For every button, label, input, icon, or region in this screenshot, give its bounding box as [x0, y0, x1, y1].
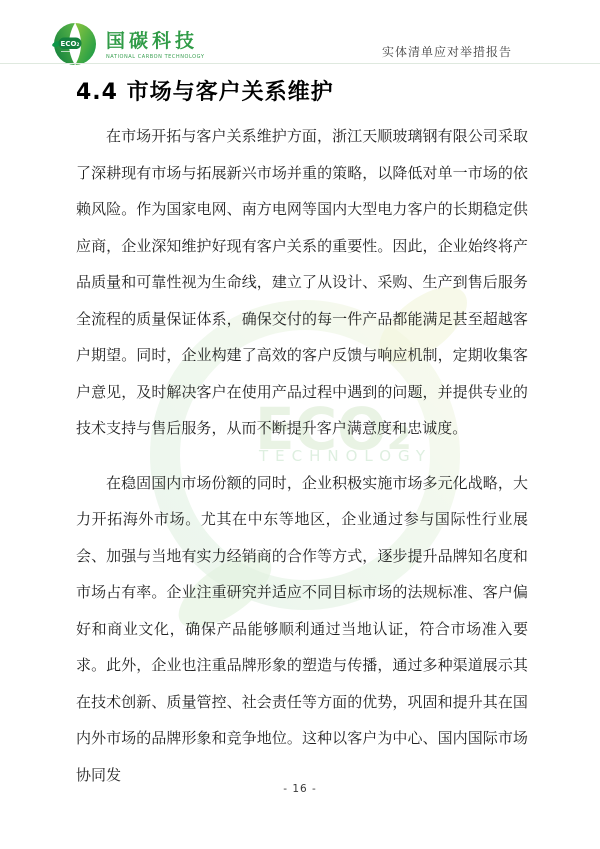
- company-subtitle: NATIONAL CARBON TECHNOLOGY: [106, 54, 204, 60]
- page-content: 4.4 市场与客户关系维护 在市场开拓与客户关系维护方面，浙江天顺玻璃钢有限公司…: [76, 78, 528, 793]
- paragraph: 在稳固国内市场份额的同时，企业积极实施市场多元化战略，大力开拓海外市场。尤其在中…: [76, 465, 528, 794]
- company-name: 国碳科技: [106, 30, 204, 52]
- logo-text-block: 国碳科技 NATIONAL CARBON TECHNOLOGY: [106, 30, 204, 60]
- eco-logo-icon: ECO₂: [52, 21, 98, 67]
- section-heading: 4.4 市场与客户关系维护: [76, 78, 528, 108]
- company-logo: ECO₂ 国碳科技 NATIONAL CARBON TECHNOLOGY: [52, 21, 204, 67]
- page-number: - 16 -: [0, 783, 600, 795]
- document-title: 实体清单应对举措报告: [382, 43, 512, 60]
- logo-badge-text: ECO₂: [61, 40, 80, 48]
- report-page: ECO₂ TECHNOLOGY ECO₂: [0, 0, 600, 849]
- paragraph: 在市场开拓与客户关系维护方面，浙江天顺玻璃钢有限公司采取了深耕现有市场与拓展新兴…: [76, 118, 528, 447]
- header-divider: [0, 63, 600, 64]
- body-text: 在市场开拓与客户关系维护方面，浙江天顺玻璃钢有限公司采取了深耕现有市场与拓展新兴…: [76, 118, 528, 793]
